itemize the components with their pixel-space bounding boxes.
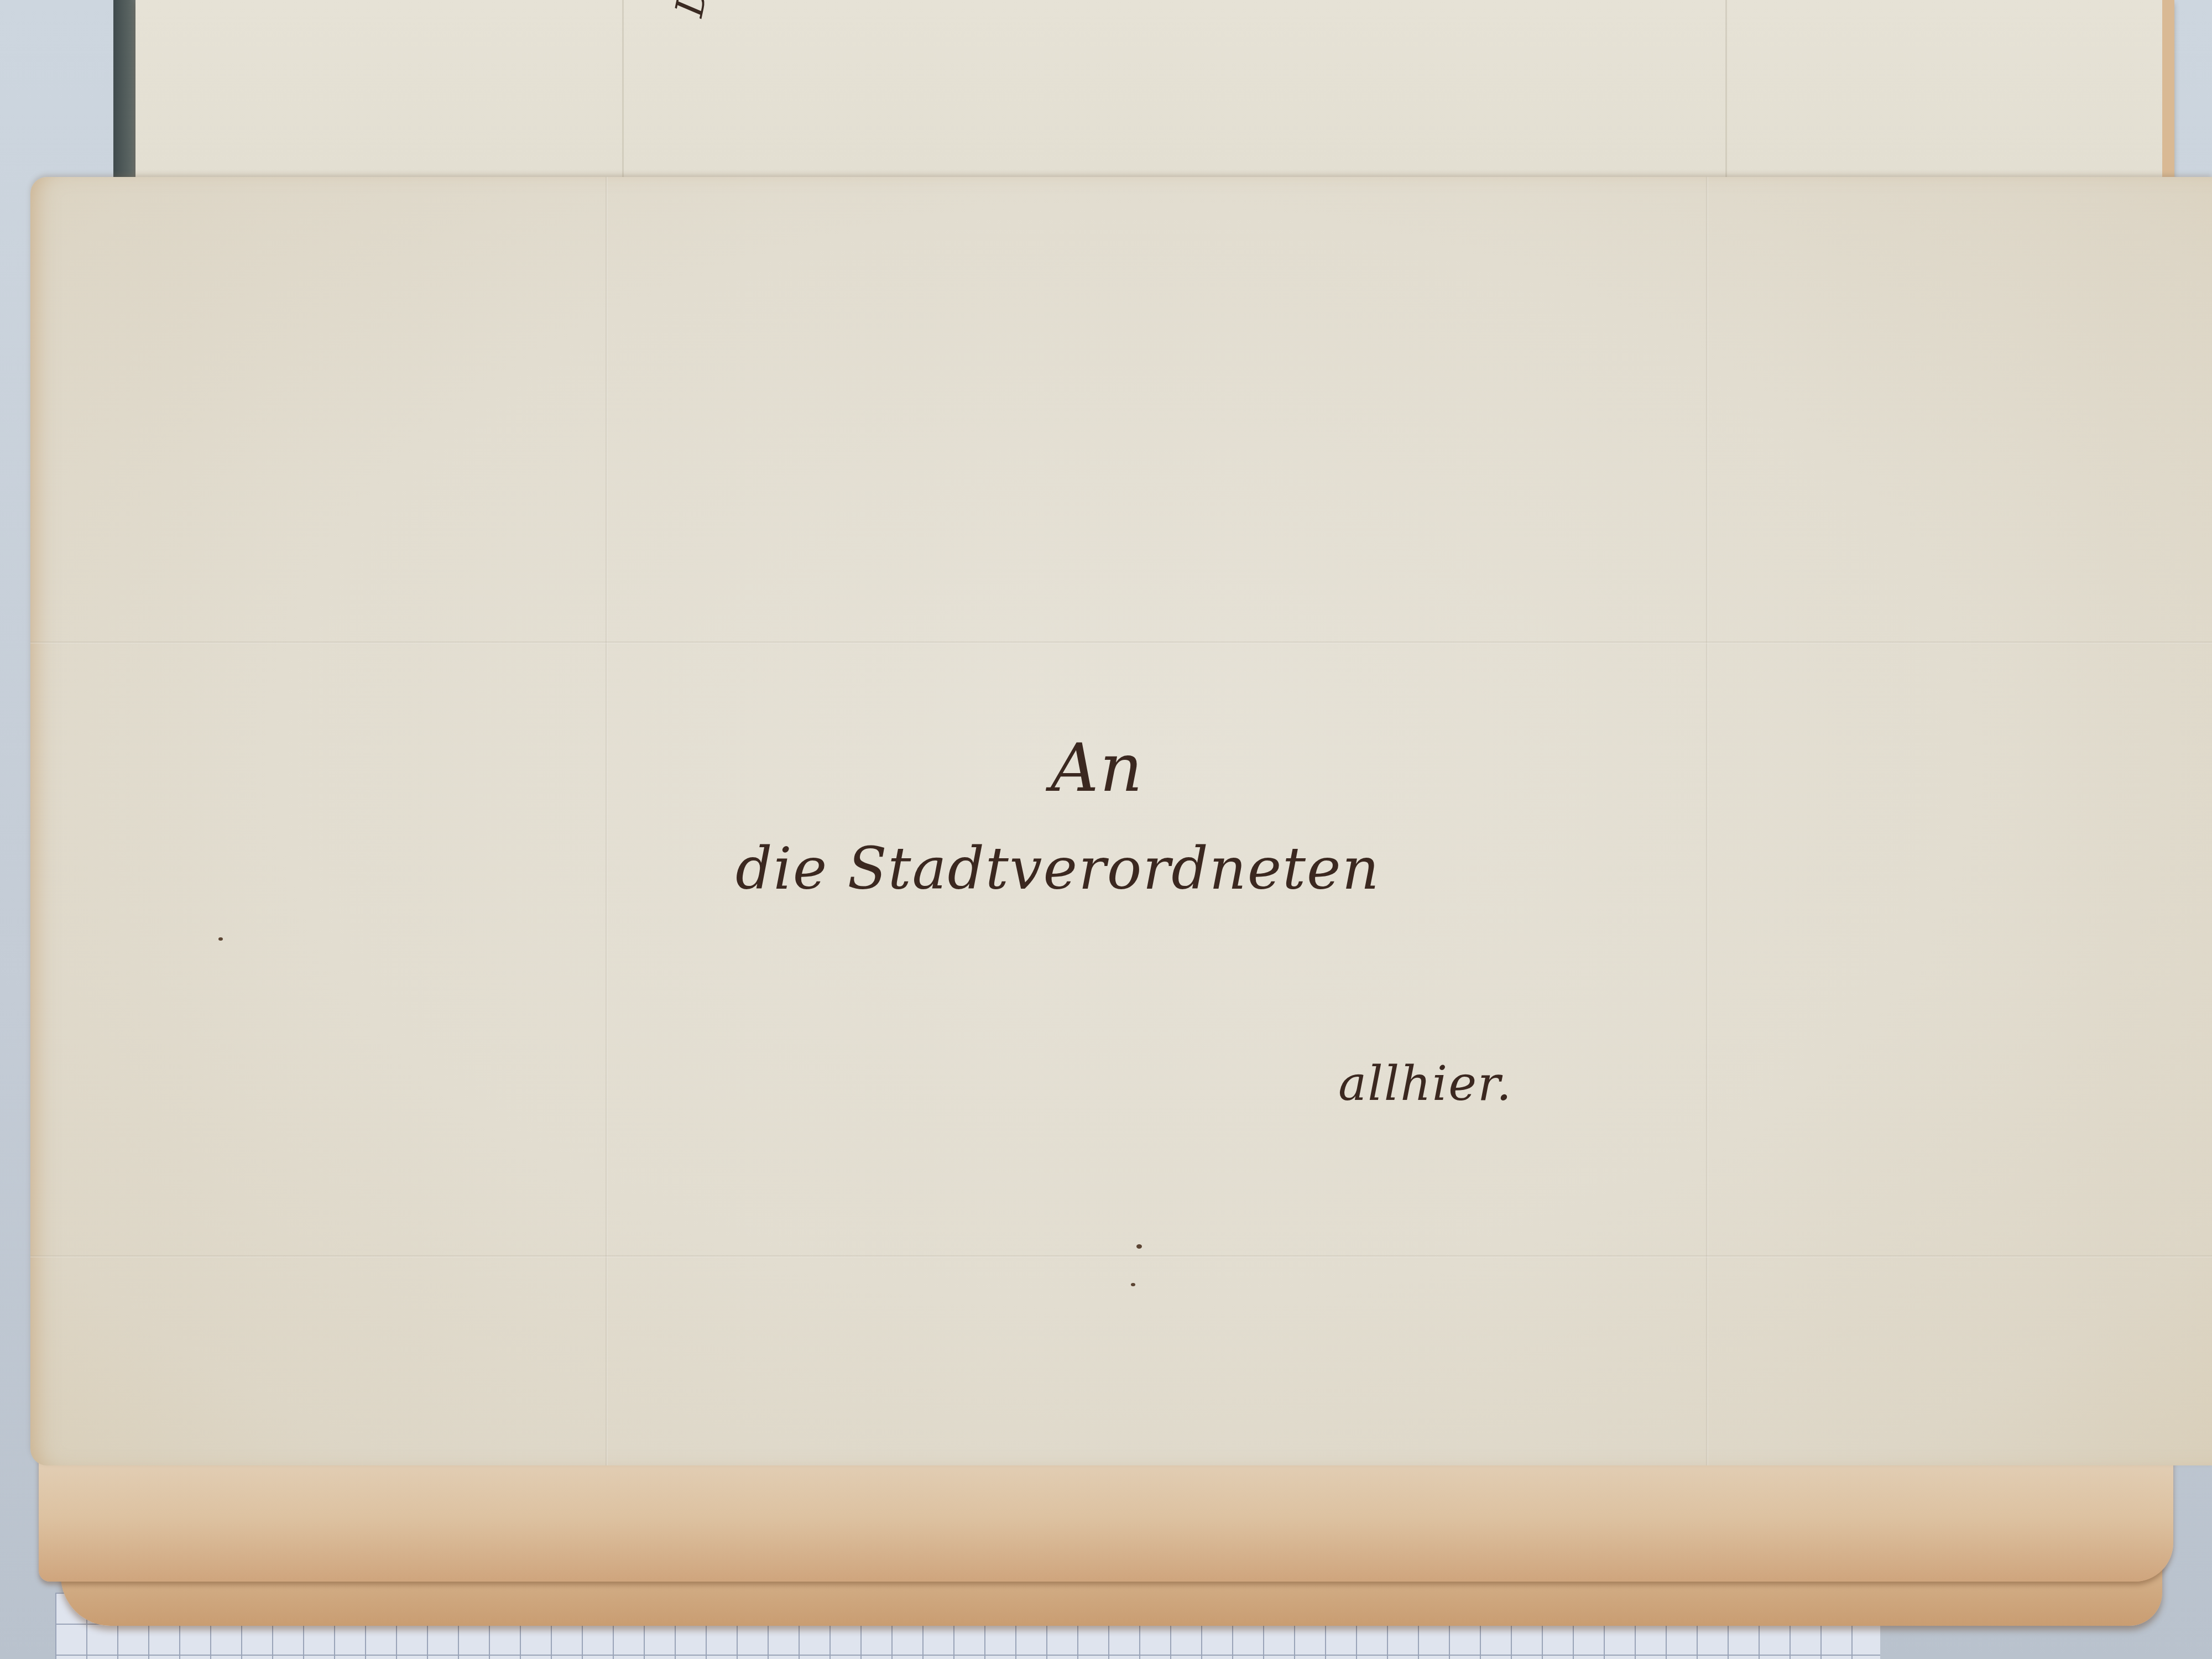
paper-speck <box>218 937 223 941</box>
address-place: allhier. <box>1338 1056 1512 1112</box>
fold-crease-horizontal <box>30 641 2212 644</box>
paper-speck <box>1136 1244 1142 1249</box>
upper-page-text-fragment: Die <box>666 0 724 20</box>
fold-crease-horizontal <box>30 1255 2212 1258</box>
address-salutation: An <box>1051 730 1144 807</box>
paper-speck <box>1131 1283 1135 1286</box>
fold-crease-vertical <box>606 177 608 1465</box>
main-address-page: An die Stadtverordneten allhier. <box>30 177 2212 1465</box>
fold-crease-vertical <box>1706 177 1708 1465</box>
address-recipient: die Stadtverordneten <box>735 835 1380 902</box>
